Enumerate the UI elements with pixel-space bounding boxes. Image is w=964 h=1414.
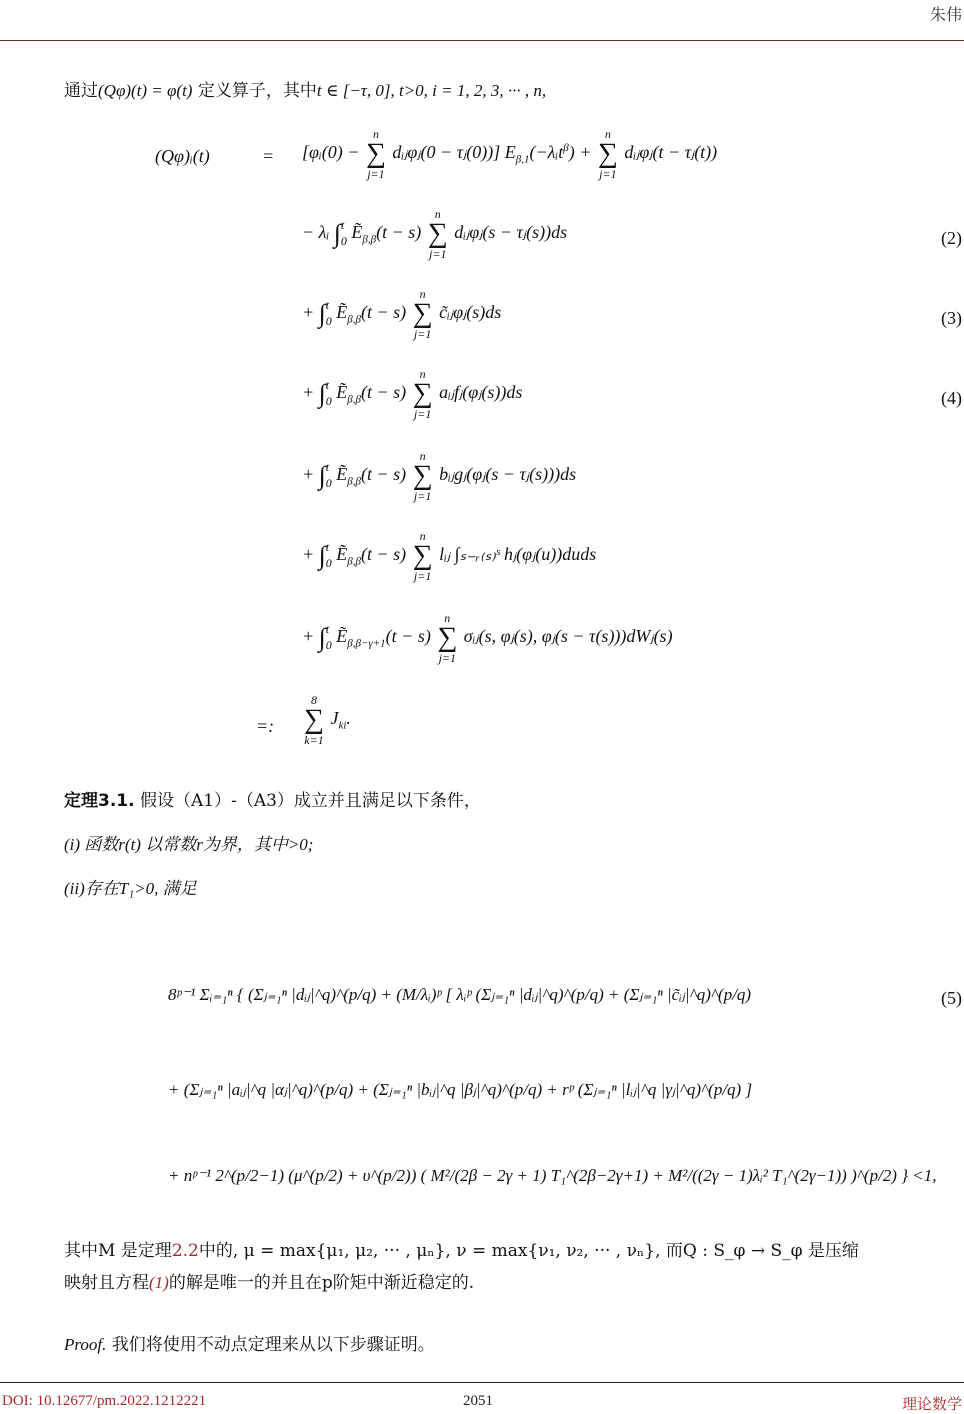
equation-line-1: [φᵢ(0) − n∑j=1 dᵢⱼφⱼ(0 − τⱼ(0))] Eβ,1(−λ… bbox=[302, 128, 717, 180]
equation-1-link[interactable]: (1) bbox=[149, 1273, 169, 1292]
equation-5-line-2: + (Σⱼ₌₁ⁿ |aᵢⱼ|^q |αⱼ|^q)^(p/q) + (Σⱼ₌₁ⁿ … bbox=[168, 1080, 752, 1100]
sum-operator: 8∑k=1 bbox=[304, 694, 324, 746]
equation-line-3: + ∫t0 Ẽβ,β(t − s) n∑j=1 c̃ᵢⱼφⱼ(s)ds bbox=[302, 288, 501, 340]
theorem-2-2-link[interactable]: 2.2 bbox=[172, 1241, 199, 1261]
theorem-condition-ii: (ii)存在T₁>0, 满足 bbox=[64, 874, 197, 899]
equation-number-4: (4) bbox=[941, 388, 962, 409]
sum-operator: n∑j=1 bbox=[428, 208, 448, 260]
sum-operator: n∑j=1 bbox=[413, 288, 433, 340]
sum-operator: n∑j=1 bbox=[366, 128, 386, 180]
sum-operator: n∑j=1 bbox=[598, 128, 618, 180]
page-number: 2051 bbox=[463, 1393, 493, 1410]
intro-line: 通过(Qφ)(t) = φ(t) 定义算子，其中t ∈ [−τ, 0], t>0… bbox=[64, 76, 546, 101]
header-author: 朱伟 bbox=[930, 2, 962, 25]
domain-expression: t ∈ [−τ, 0], t>0, i = 1, 2, 3, ··· , n, bbox=[317, 81, 546, 100]
sum-operator: n∑j=1 bbox=[437, 612, 457, 664]
proof-paragraph: Proof. 我们将使用不动点定理来从以下步骤证明。 bbox=[64, 1330, 435, 1355]
explanation-line-2: 映射且方程(1)的解是唯一的并且在p阶矩中渐近稳定的. bbox=[64, 1268, 474, 1293]
equation-line-6: + ∫t0 Ẽβ,β(t − s) n∑j=1 lᵢⱼ ∫ₛ₋ᵣ₍ₛ₎ˢ hⱼ(… bbox=[302, 530, 596, 582]
footer-doi-link[interactable]: DOI: 10.12677/pm.2022.1212221 bbox=[2, 1393, 206, 1410]
operator-eq-sign: = bbox=[262, 146, 274, 167]
equation-line-5: + ∫t0 Ẽβ,β(t − s) n∑j=1 bᵢⱼgⱼ(φⱼ(s − τⱼ(… bbox=[302, 450, 576, 502]
equation-number-2: (2) bbox=[941, 228, 962, 249]
equation-5-line-3: + nᵖ⁻¹ 2^(p/2−1) (μ^(p/2) + υ^(p/2)) ( M… bbox=[168, 1166, 937, 1186]
defined-as-sign: =: bbox=[256, 716, 274, 737]
equation-final-line: 8∑k=1 Jki. bbox=[302, 694, 351, 746]
sum-operator: n∑j=1 bbox=[413, 368, 433, 420]
footer-divider bbox=[0, 1382, 964, 1383]
theorem-text: 假设（A1）-（A3）成立并且满足以下条件， bbox=[135, 791, 481, 811]
operator-lhs: (Qφ)ᵢ(t) bbox=[155, 146, 210, 167]
intro-middle: 定义算子，其中 bbox=[192, 81, 316, 101]
intro-prefix: 通过 bbox=[64, 81, 98, 101]
explanation-line-1: 其中M 是定理2.2中的, μ = max{μ₁, μ₂, ··· , μₙ},… bbox=[64, 1236, 859, 1261]
equation-line-4: + ∫t0 Ẽβ,β(t − s) n∑j=1 aᵢⱼfⱼ(φⱼ(s))ds bbox=[302, 368, 522, 420]
equation-number-3: (3) bbox=[941, 308, 962, 329]
theorem-label: 定理3.1. bbox=[64, 791, 135, 811]
equation-number-5: (5) bbox=[941, 988, 962, 1009]
theorem-condition-i: (i) 函数r(t) 以常数r为界，其中>0; bbox=[64, 830, 313, 855]
sum-operator: n∑j=1 bbox=[413, 450, 433, 502]
sum-operator: n∑j=1 bbox=[413, 530, 433, 582]
proof-label: Proof. bbox=[64, 1335, 106, 1354]
header-divider bbox=[0, 40, 964, 41]
equation-5-line-1: 8ᵖ⁻¹ Σᵢ₌₁ⁿ { (Σⱼ₌₁ⁿ |dᵢⱼ|^q)^(p/q) + (M/… bbox=[168, 985, 751, 1005]
operator-definition: (Qφ)(t) = φ(t) bbox=[98, 81, 192, 100]
equation-line-7: + ∫t0 Ẽβ,β−γ+1(t − s) n∑j=1 σᵢⱼ(s, φⱼ(s)… bbox=[302, 612, 673, 664]
footer-journal-link[interactable]: 理论数学 bbox=[902, 1393, 962, 1414]
proof-text: 我们将使用不动点定理来从以下步骤证明。 bbox=[106, 1335, 434, 1355]
equation-line-2: − λᵢ ∫t0 Ẽβ,β(t − s) n∑j=1 dᵢⱼφⱼ(s − τⱼ(… bbox=[302, 208, 567, 260]
theorem-statement: 定理3.1. 假设（A1）-（A3）成立并且满足以下条件， bbox=[64, 786, 481, 811]
